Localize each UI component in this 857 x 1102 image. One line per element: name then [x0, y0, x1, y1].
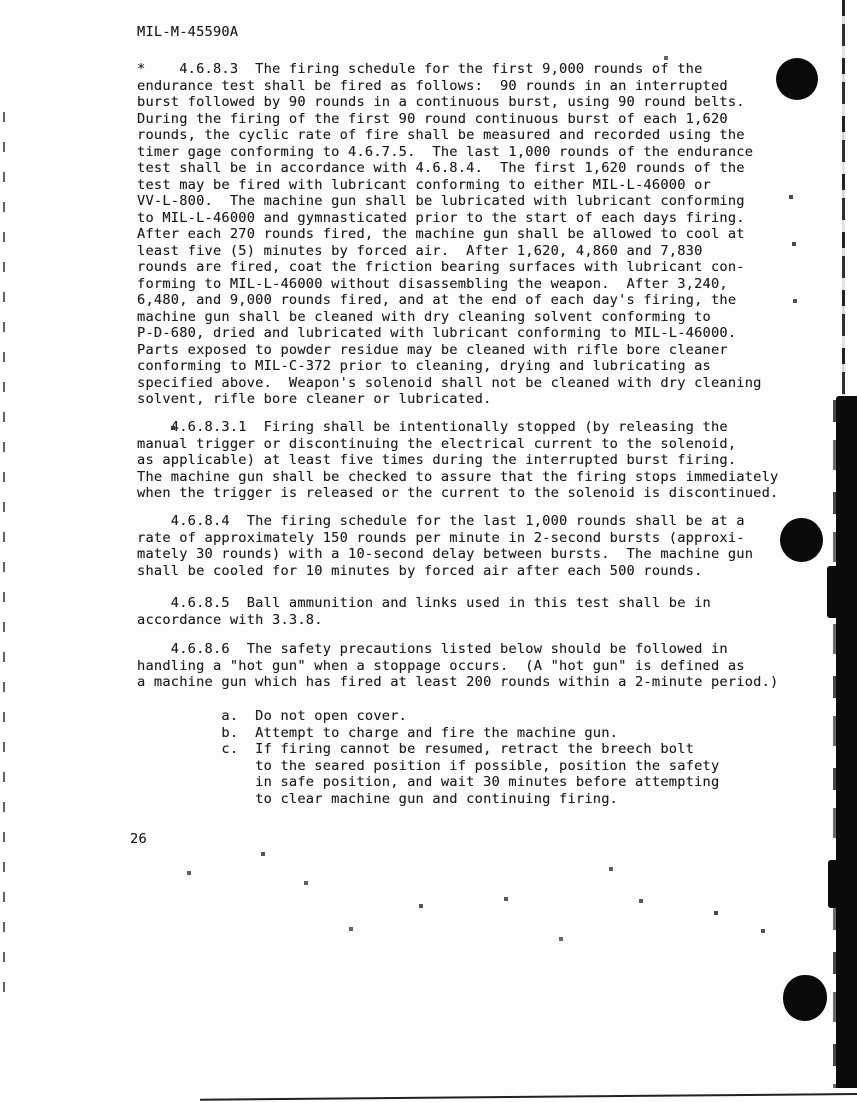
punch-hole-mark-middle: [780, 518, 823, 562]
paragraph-4-6-8-3-1: 4.6.8.3.1 Firing shall be intentionally …: [137, 419, 778, 502]
paragraph-4-6-8-5: 4.6.8.5 Ball ammunition and links used i…: [137, 595, 711, 628]
page-number: 26: [130, 831, 147, 848]
right-edge-bump-upper: [827, 566, 839, 618]
document-number: MIL-M-45590A: [137, 24, 238, 41]
paragraph-4-6-8-4: 4.6.8.4 The firing schedule for the last…: [137, 513, 753, 579]
paragraph-4-6-8-3: * 4.6.8.3 The firing schedule for the fi…: [137, 61, 762, 408]
bottom-scan-line: [200, 1093, 857, 1101]
scan-noise-speckles: [0, 0, 2, 2]
right-edge-rough-texture: [833, 400, 838, 1088]
left-edge-dashed-line: [3, 112, 5, 1002]
right-edge-scan-bar: [836, 396, 857, 1088]
right-edge-bump-lower: [828, 860, 838, 908]
punch-hole-mark-top: [776, 58, 818, 100]
paragraph-4-6-8-6: 4.6.8.6 The safety precautions listed be…: [137, 641, 778, 691]
right-edge-scan-line: [842, 0, 845, 400]
safety-precautions-list: a. Do not open cover. b. Attempt to char…: [137, 708, 719, 807]
punch-hole-mark-bottom: [783, 975, 827, 1021]
scanned-document-page: MIL-M-45590A * 4.6.8.3 The firing schedu…: [0, 0, 857, 1102]
